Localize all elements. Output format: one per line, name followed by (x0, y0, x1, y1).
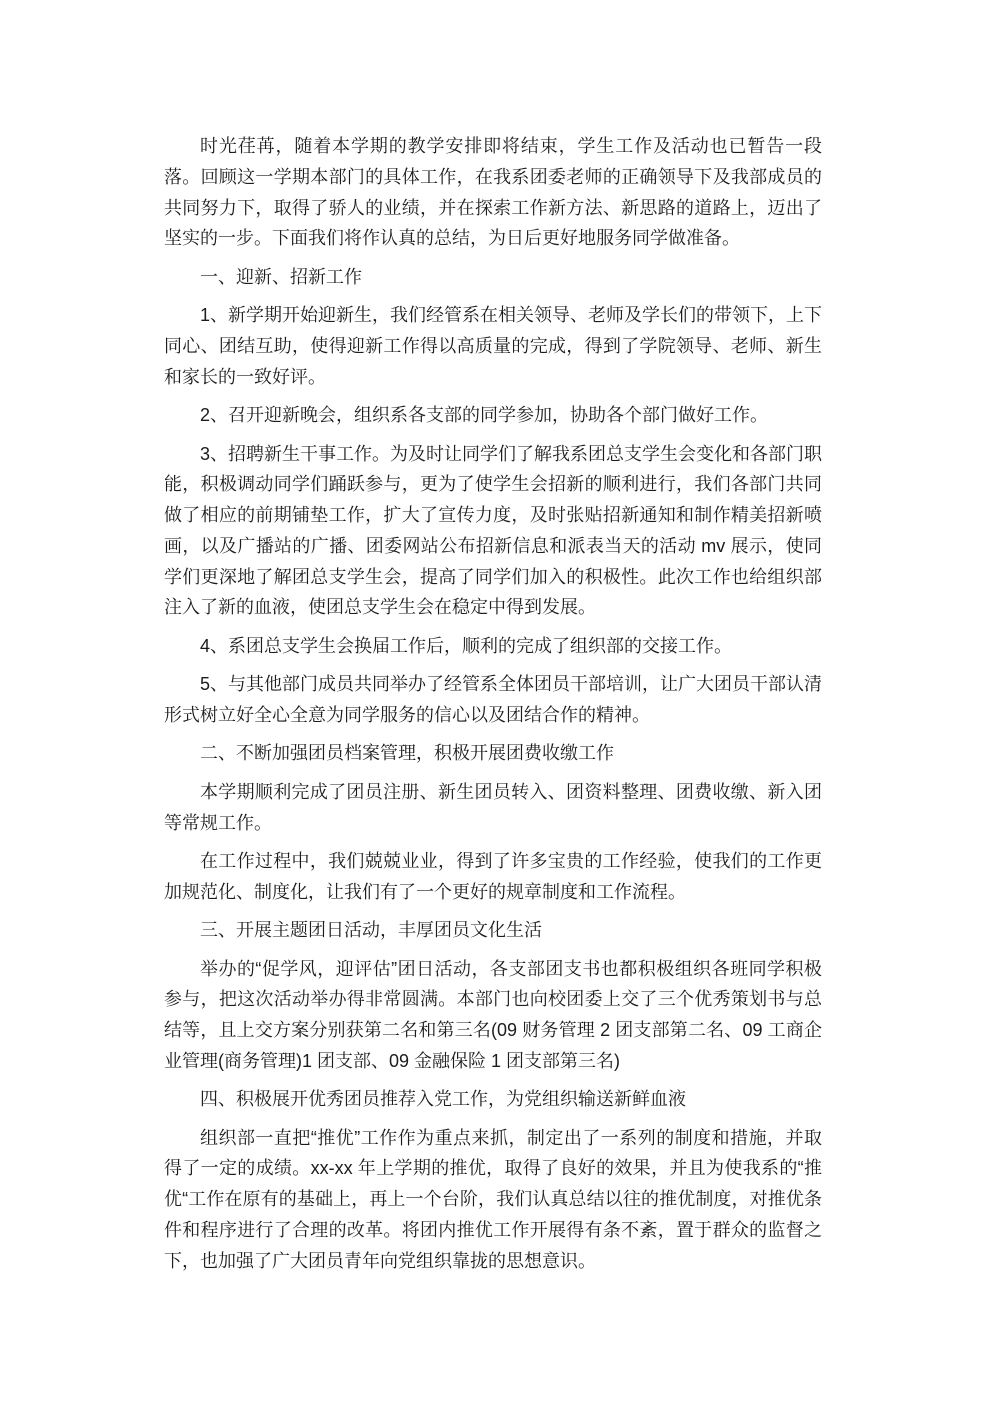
document-page: 时光荏苒，随着本学期的教学安排即将结束，学生工作及活动也已暂告一段落。回顾这一学… (0, 0, 1000, 1415)
body-paragraph: 举办的“促学风，迎评估”团日活动，各支部团支书也都积极组织各班同学积极参与，把这… (164, 954, 822, 1077)
body-paragraph: 4、系团总支学生会换届工作后，顺利的完成了组织部的交接工作。 (164, 631, 822, 662)
body-paragraph: 在工作过程中，我们兢兢业业，得到了许多宝贵的工作经验，使我们的工作更加规范化、制… (164, 846, 822, 908)
section-4-heading: 四、积极展开优秀团员推荐入党工作，为党组织输送新鲜血液 (164, 1084, 822, 1115)
section-1-heading: 一、迎新、招新工作 (164, 262, 822, 293)
body-paragraph: 3、招聘新生干事工作。为及时让同学们了解我系团总支学生会变化和各部门职能，积极调… (164, 439, 822, 624)
body-paragraph: 1、新学期开始迎新生，我们经管系在相关领导、老师及学长们的带领下，上下同心、团结… (164, 300, 822, 392)
body-paragraph: 本学期顺利完成了团员注册、新生团员转入、团资料整理、团费收缴、新入团等常规工作。 (164, 777, 822, 839)
opening-paragraph: 时光荏苒，随着本学期的教学安排即将结束，学生工作及活动也已暂告一段落。回顾这一学… (164, 131, 822, 254)
section-2-heading: 二、不断加强团员档案管理，积极开展团费收缴工作 (164, 738, 822, 769)
section-3-heading: 三、开展主题团日活动，丰厚团员文化生活 (164, 915, 822, 946)
body-paragraph: 组织部一直把“推优”工作作为重点来抓，制定出了一系列的制度和措施，并取得了一定的… (164, 1123, 822, 1277)
body-paragraph: 2、召开迎新晚会，组织系各支部的同学参加，协助各个部门做好工作。 (164, 400, 822, 431)
body-paragraph: 5、与其他部门成员共同举办了经管系全体团员干部培训，让广大团员干部认清形式树立好… (164, 669, 822, 731)
document-body: 时光荏苒，随着本学期的教学安排即将结束，学生工作及活动也已暂告一段落。回顾这一学… (164, 131, 822, 1284)
